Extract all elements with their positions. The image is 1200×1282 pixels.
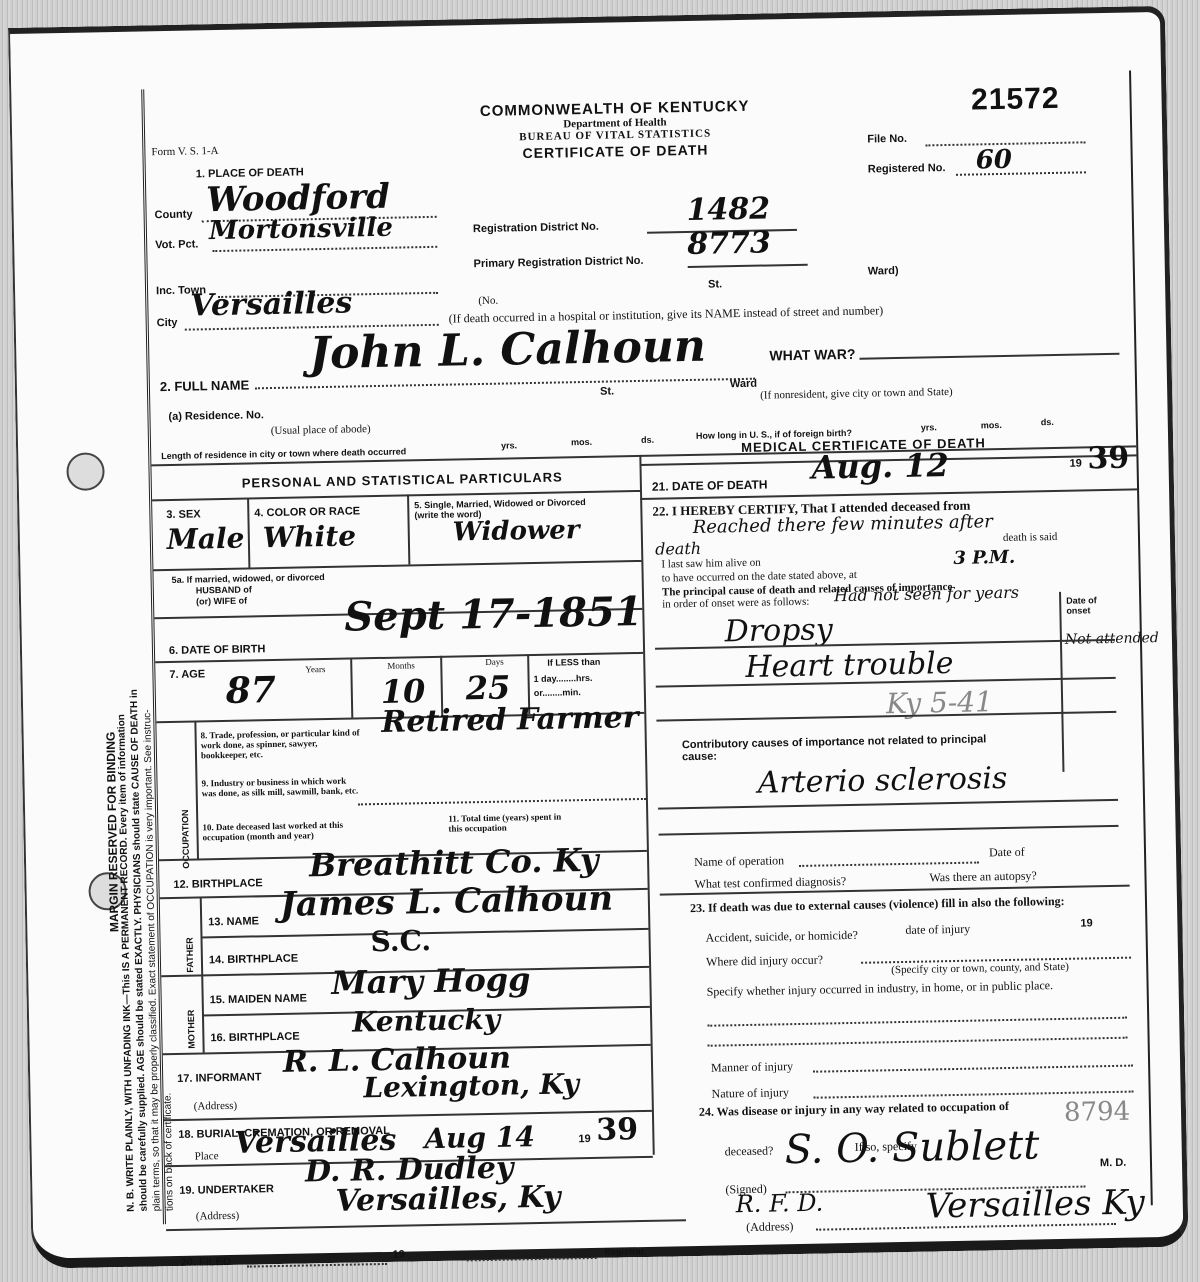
file-no-label: File No. (867, 133, 907, 146)
physician-signature: S. O. Sublett (784, 1122, 1040, 1173)
mother-side-label: MOTHER (186, 1010, 197, 1049)
physician-address-prefix: R. F. D. (735, 1189, 823, 1219)
full-name-label: 2. FULL NAME (160, 377, 250, 394)
item24-label: 24. Was disease or injury in any way rel… (699, 1099, 1009, 1120)
sex-label: 3. SEX (166, 508, 200, 521)
residence-sub: (Usual place of abode) (271, 423, 371, 437)
serial-number: 21572 (971, 82, 1060, 118)
form-id: Form V. S. 1-A (151, 146, 218, 157)
undertaker-address-value: Versailles, Ky (335, 1180, 561, 1219)
undertaker-label: 19. UNDERTAKER (179, 1183, 274, 1197)
item23-label: 23. If death was due to external causes … (690, 892, 1140, 916)
father-birthplace-value: S.C. (370, 924, 431, 958)
no-label: (No. (478, 295, 498, 307)
father-name-label: 13. NAME (208, 915, 259, 928)
time-of-death-value: 3 P.M. (953, 547, 1015, 569)
divider (247, 497, 250, 567)
what-war-label: WHAT WAR? (769, 346, 855, 364)
contributory-value: Arterio sclerosis (757, 761, 1007, 801)
registered-no-label: Registered No. (868, 162, 946, 175)
city-label: City (157, 317, 178, 329)
months-label: Months (387, 660, 415, 671)
primary-district-value: 8773 (687, 225, 771, 262)
physician-address-value: Versailles Ky (925, 1182, 1145, 1226)
race-label: 4. COLOR OR RACE (254, 505, 360, 519)
full-name-field (255, 378, 755, 390)
registrar-label: Registrar. (605, 1246, 647, 1257)
stamp-number: 8794 (1064, 1097, 1131, 1128)
less-than-label: If LESS than (547, 657, 600, 668)
md-label: M. D. (1100, 1157, 1127, 1170)
punch-hole-top (66, 452, 105, 491)
residence-st-label: St. (600, 385, 614, 397)
item10-label: 10. Date deceased last worked at this oc… (202, 819, 362, 842)
race-value: White (263, 519, 357, 554)
mother-birthplace-value: Kentucky (352, 1003, 501, 1039)
page-title: CERTIFICATE OF DEATH (465, 140, 765, 162)
county-label: County (155, 208, 193, 221)
us-yrs: yrs. (921, 422, 937, 432)
spouse-label-1: 5a. If married, widowed, or divorced (172, 572, 325, 585)
vot-pct-field (212, 246, 437, 252)
certificate-form: 21572 Form V. S. 1-A COMMONWEALTH OF KEN… (141, 70, 1153, 1224)
nonresident-note: (If nonresident, give city or town and S… (760, 386, 953, 402)
contributory-label: Contributory causes of importance not re… (682, 733, 1002, 763)
item9-label: 9. Industry or business in which work wa… (201, 775, 361, 798)
father-birthplace-label: 14. BIRTHPLACE (209, 953, 298, 967)
mother-birthplace-label: 16. BIRTHPLACE (210, 1031, 299, 1045)
full-name-value: John L. Calhoun (309, 321, 707, 380)
informant-address-value: Lexington, Ky (363, 1067, 579, 1104)
date-of-onset-label: Date of onset (1066, 595, 1116, 616)
specify-label: Specify whether injury occurred in indus… (706, 977, 1126, 1000)
st-label: St. (708, 278, 722, 290)
mother-maiden-label: 15. MAIDEN NAME (210, 992, 307, 1006)
accident-label: Accident, suicide, or homicide? (705, 928, 858, 946)
ward-label: Ward) (868, 265, 899, 278)
where-note: (Specify city or town, county, and State… (891, 962, 1069, 975)
cause-2-value: Heart trouble (745, 646, 954, 685)
dob-value: Sept 17-1851 (344, 588, 643, 641)
burial-year-prefix: 19 (578, 1133, 590, 1145)
specify-field-2 (708, 1037, 1128, 1047)
age-label: 7. AGE (169, 668, 205, 681)
deceased-label: deceased? (725, 1144, 774, 1160)
death-said-label: death is said (1003, 532, 1058, 543)
personal-section-title: PERSONAL AND STATISTICAL PARTICULARS (242, 469, 563, 490)
date-injury-label: date of injury (905, 922, 970, 938)
us-ds: ds. (1041, 417, 1054, 427)
operation-date-label: Date of (989, 845, 1025, 861)
physician-address-label: (Address) (746, 1219, 794, 1235)
length-yrs: yrs. (501, 440, 517, 450)
certificate-header: COMMONWEALTH OF KENTUCKY Department of H… (465, 97, 766, 162)
birthplace-label: 12. BIRTHPLACE (173, 877, 262, 891)
manner-field (813, 1065, 1133, 1073)
vot-pct-label: Vot. Pct. (155, 238, 198, 251)
divider (659, 825, 1119, 836)
residence-ward-label: Ward (730, 378, 757, 391)
operation-label: Name of operation (694, 853, 784, 870)
specify-field-1 (707, 1017, 1127, 1027)
date-of-death-value: Aug. 12 (811, 446, 949, 487)
manner-label: Manner of injury (711, 1059, 793, 1076)
vot-pct-value: Mortonsville (209, 213, 394, 247)
dob-label: 6. DATE OF BIRTH (169, 643, 266, 657)
onset-label: in order of onset were as follows: (662, 597, 809, 610)
mother-maiden-value: Mary Hogg (331, 960, 531, 1002)
binding-margin: MARGIN RESERVED FOR BINDING N. B. WRITE … (10, 32, 158, 1259)
death-year-value: 39 (1087, 441, 1129, 477)
column-divider (639, 455, 654, 1155)
days-value: 25 (465, 668, 510, 707)
death-year-prefix: 19 (1069, 457, 1081, 469)
divider (1059, 592, 1064, 772)
day-hrs-label: 1 day........hrs. (533, 673, 592, 684)
burial-date-value: Aug 14 (424, 1120, 535, 1155)
date-of-death-label: 21. DATE OF DEATH (652, 478, 768, 494)
city-value: Versailles (190, 285, 353, 323)
length-ds: ds. (641, 435, 654, 445)
item8-value: Retired Farmer (381, 700, 639, 740)
reg-district-label: Registration District No. (473, 221, 599, 235)
divider (153, 560, 641, 571)
or-min-label: or........min. (534, 687, 581, 698)
informant-label: 17. INFORMANT (177, 1071, 262, 1085)
burial-year-value: 39 (596, 1112, 638, 1148)
informant-address-label: (Address) (194, 1100, 238, 1113)
primary-district-field (688, 264, 808, 268)
last-saw-label: I last saw him alive on (661, 558, 760, 570)
reg-district-value: 1482 (686, 191, 770, 228)
filed-label: 20. FILED (181, 1256, 231, 1269)
days-label: Days (485, 657, 504, 667)
divider (407, 494, 410, 564)
date-injury-year: 19 (1080, 917, 1092, 929)
burial-place-label: Place (195, 1150, 219, 1162)
length-residence-label: Length of residence in city or town wher… (161, 446, 406, 461)
divider (658, 799, 1118, 810)
residence-label: (a) Residence. No. (168, 409, 264, 423)
item8-label: 8. Trade, profession, or particular kind… (201, 727, 362, 760)
autopsy-label: Was there an autopsy? (929, 868, 1037, 885)
spouse-label-2: HUSBAND of (196, 584, 252, 595)
spouse-label-3: (or) WIFE of (196, 596, 247, 607)
what-war-field (859, 353, 1119, 360)
father-name-value: James L. Calhoun (280, 879, 614, 925)
undertaker-address-label: (Address) (196, 1210, 240, 1223)
filed-year-prefix: 19 (393, 1249, 405, 1261)
marital-value: Widower (452, 515, 579, 547)
us-mos: mos. (981, 420, 1002, 430)
item9-field (358, 798, 646, 806)
test-label: What test confirmed diagnosis? (694, 874, 846, 892)
certify-handwritten-2: death (655, 539, 701, 559)
sex-value: Male (167, 522, 245, 556)
length-mos: mos. (571, 437, 592, 447)
years-value: 87 (225, 669, 276, 712)
divider (194, 721, 199, 859)
nature-label: Nature of injury (711, 1085, 789, 1101)
death-certificate: MARGIN RESERVED FOR BINDING N. B. WRITE … (8, 6, 1189, 1269)
father-side-label: FATHER (184, 937, 195, 973)
primary-district-label: Primary Registration District No. (474, 255, 644, 270)
where-label: Where did injury occur? (706, 953, 823, 970)
had-not-seen-note: Had not seen for years (834, 583, 1019, 606)
item11-label: 11. Total time (years) spent in this occ… (448, 811, 568, 833)
birthplace-value: Breathitt Co. Ky (309, 841, 599, 885)
operation-field (799, 862, 979, 867)
years-label: Years (305, 664, 325, 674)
occurred-label: to have occurred on the date stated abov… (662, 570, 857, 584)
divider (166, 1219, 686, 1231)
certify-handwritten-1: Reached there few minutes after (693, 511, 994, 538)
registered-no-value: 60 (975, 145, 1012, 176)
divider (350, 658, 353, 718)
